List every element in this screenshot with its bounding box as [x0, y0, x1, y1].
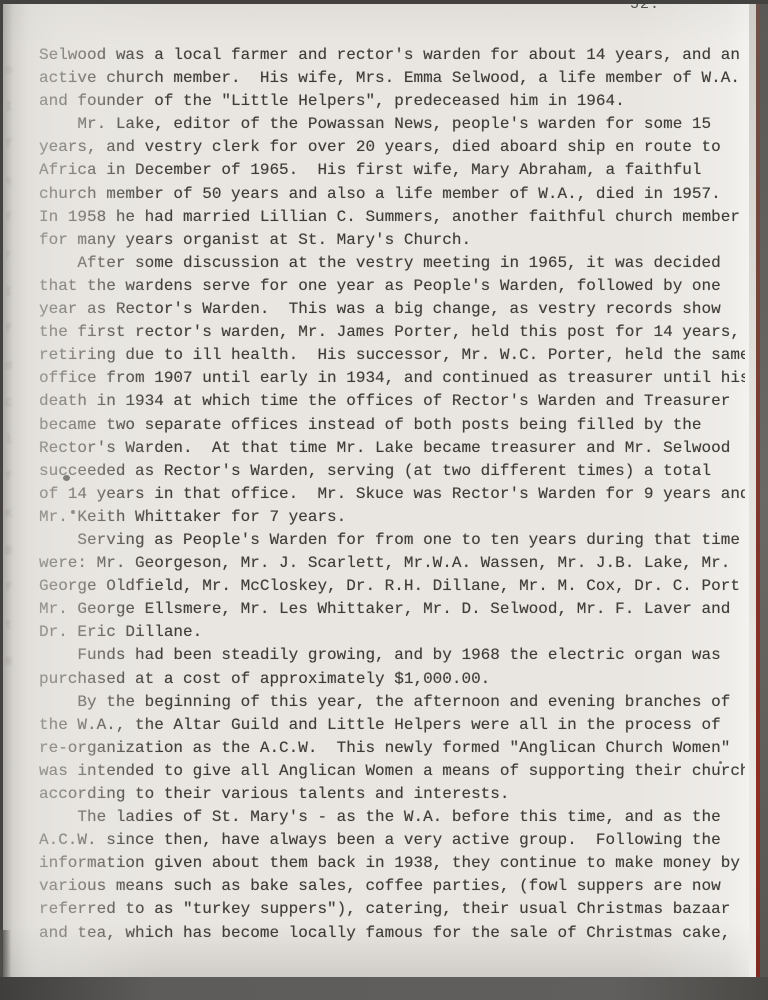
text-line: was intended to give all Anglican Women …: [39, 760, 745, 783]
text-line: Funds had been steadily growing, and by …: [39, 644, 745, 667]
text-line: George Oldfield, Mr. McCloskey, Dr. R.H.…: [39, 575, 745, 598]
ink-speck: [719, 761, 722, 764]
text-line: active church member. His wife, Mrs. Emm…: [39, 67, 745, 90]
scan-bottom-edge: [0, 977, 768, 1000]
text-line: information given about them back in 193…: [39, 852, 745, 875]
scan-bottom-left-corner-shadow: [0, 930, 11, 977]
text-line: A.C.W. since then, have always been a ve…: [39, 829, 745, 852]
text-line: The ladies of St. Mary's - as the W.A. b…: [39, 806, 745, 829]
scanned-document-page: 52. o I f s f r I f d C l f K B f t R Se…: [0, 0, 768, 1000]
text-line: Serving as People's Warden for from one …: [39, 529, 745, 552]
text-line: the first rector's warden, Mr. James Por…: [39, 321, 745, 344]
text-line: and tea, which has become locally famous…: [39, 922, 745, 945]
text-line: the W.A., the Altar Guild and Little Hel…: [39, 714, 745, 737]
text-line: re-organization as the A.C.W. This newly…: [39, 737, 745, 760]
text-line: various means such as bake sales, coffee…: [39, 875, 745, 898]
text-line: Dr. Eric Dillane.: [39, 621, 745, 644]
text-line: purchased at a cost of approximately $1,…: [39, 668, 745, 691]
text-line: Mr. Keith Whittaker for 7 years.: [39, 506, 745, 529]
text-line: Mr. Lake, editor of the Powassan News, p…: [39, 113, 745, 136]
text-line: and founder of the "Little Helpers", pre…: [39, 90, 745, 113]
text-line: After some discussion at the vestry meet…: [39, 252, 745, 275]
page-number: 52.: [630, 4, 660, 13]
text-line: Rector's Warden. At that time Mr. Lake b…: [39, 437, 745, 460]
text-line: death in 1934 at which time the offices …: [39, 390, 745, 413]
text-line: year as Rector's Warden. This was a big …: [39, 298, 745, 321]
text-line: that the wardens serve for one year as P…: [39, 275, 745, 298]
scan-right-edge: [760, 0, 768, 1000]
text-line: church member of 50 years and also a lif…: [39, 183, 745, 206]
text-line: according to their various talents and i…: [39, 783, 745, 806]
typewritten-body-text: Selwood was a local farmer and rector's …: [39, 44, 745, 947]
text-line: for many years organist at St. Mary's Ch…: [39, 229, 745, 252]
ink-speck: [63, 475, 70, 481]
text-line: Africa in December of 1965. His first wi…: [39, 159, 745, 182]
scan-left-edge: [0, 0, 3, 1000]
text-line: years, and vestry clerk for over 20 year…: [39, 136, 745, 159]
scan-top-edge: [0, 0, 768, 4]
text-line: referred to as "turkey suppers"), cateri…: [39, 898, 745, 921]
text-line: retiring due to ill health. His successo…: [39, 344, 745, 367]
paper: 52. o I f s f r I f d C l f K B f t R Se…: [3, 4, 755, 977]
text-line: Mr. George Ellsmere, Mr. Les Whittaker, …: [39, 598, 745, 621]
page-right-rim: [749, 0, 756, 1000]
margin-bleed-through-text: o I f s f r I f d C l f K B f t R: [5, 52, 21, 681]
text-line: office from 1907 until early in 1934, an…: [39, 367, 745, 390]
text-line: were: Mr. Georgeson, Mr. J. Scarlett, Mr…: [39, 552, 745, 575]
ink-speck: [71, 510, 75, 514]
text-line: of 14 years in that office. Mr. Skuce wa…: [39, 483, 745, 506]
text-line: Selwood was a local farmer and rector's …: [39, 44, 745, 67]
text-line: By the beginning of this year, the after…: [39, 691, 745, 714]
text-line: In 1958 he had married Lillian C. Summer…: [39, 206, 745, 229]
text-line: succeeded as Rector's Warden, serving (a…: [39, 460, 745, 483]
text-line: became two separate offices instead of b…: [39, 414, 745, 437]
